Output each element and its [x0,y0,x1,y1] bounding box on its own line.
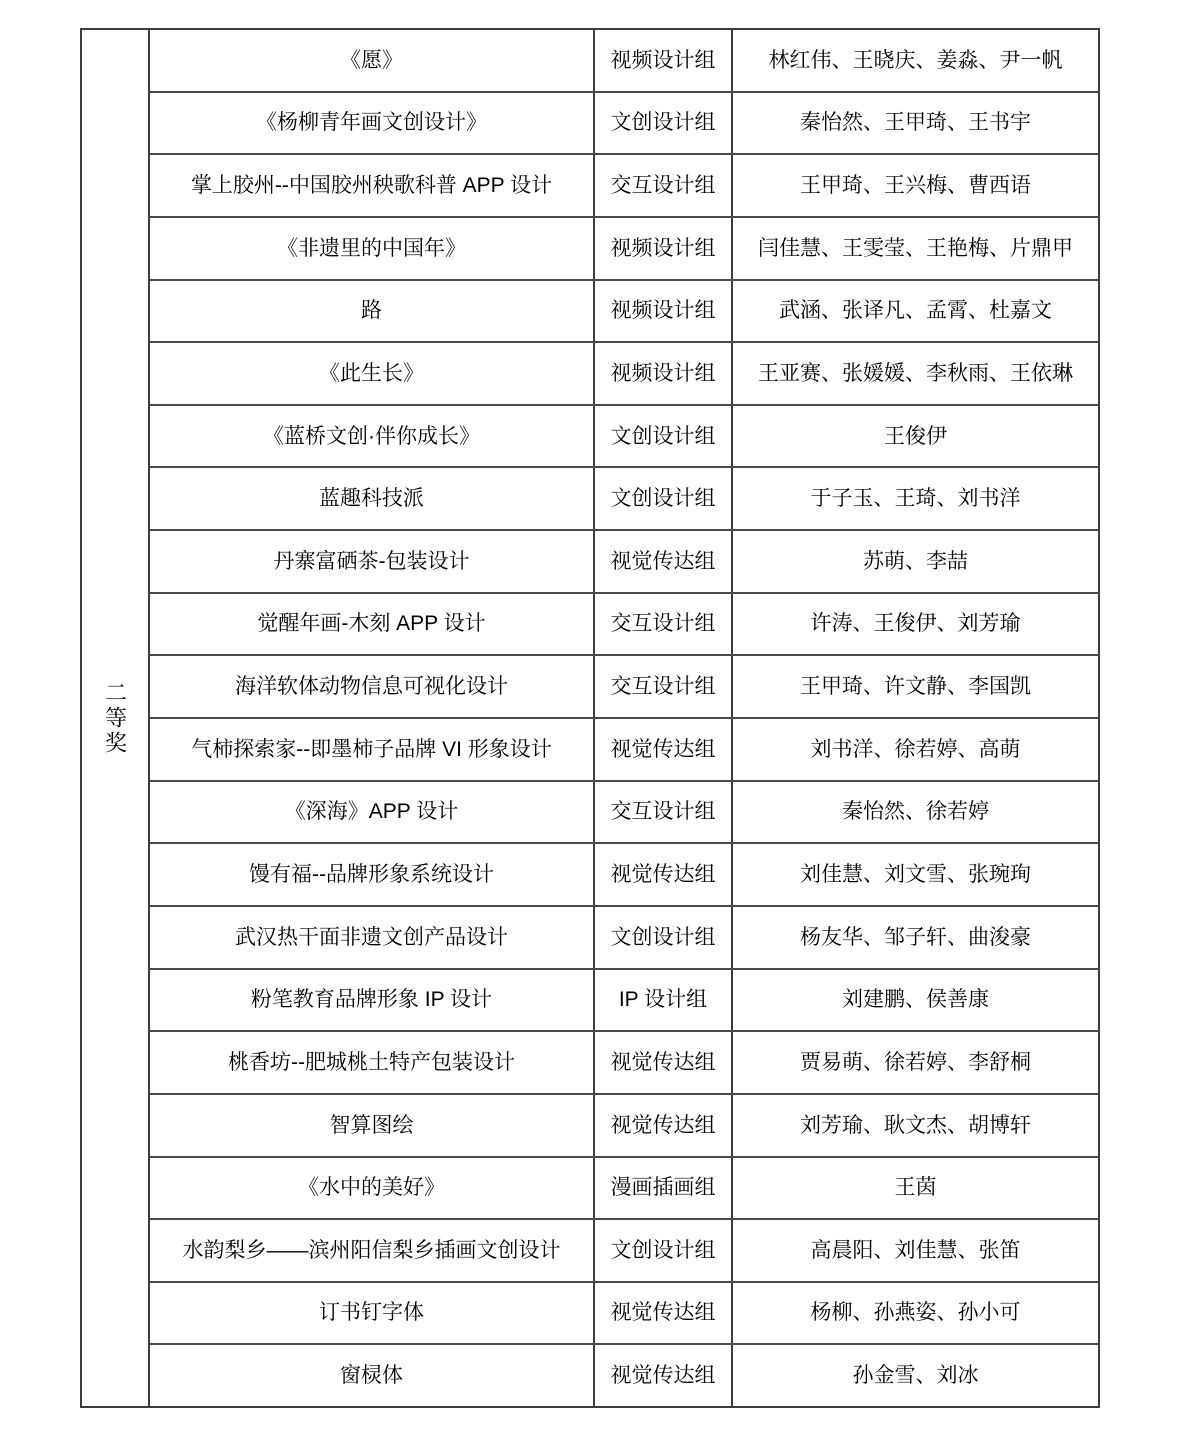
work-title-cell: 窗棂体 [150,1345,593,1406]
table-row: 《深海》APP 设计 交互设计组 秦怡然、徐若婷 [150,780,1098,843]
group-cell: 视觉传达组 [593,531,733,592]
members-cell: 秦怡然、王甲琦、王书宇 [733,93,1098,154]
members-cell: 刘芳瑜、耿文杰、胡博轩 [733,1095,1098,1156]
group-cell: 视觉传达组 [593,1032,733,1093]
work-title-cell: 《杨柳青年画文创设计》 [150,93,593,154]
members-cell: 秦怡然、徐若婷 [733,782,1098,843]
work-title-cell: 路 [150,281,593,342]
work-title-cell: 海洋软体动物信息可视化设计 [150,656,593,717]
members-cell: 贾易萌、徐若婷、李舒桐 [733,1032,1098,1093]
group-cell: 交互设计组 [593,656,733,717]
members-cell: 杨友华、邹子轩、曲浚豪 [733,907,1098,968]
group-cell: 文创设计组 [593,406,733,467]
work-title-cell: 水韵梨乡——滨州阳信梨乡插画文创设计 [150,1220,593,1281]
work-title-cell: 《愿》 [150,30,593,91]
work-title-cell: 觉醒年画-木刻 APP 设计 [150,594,593,655]
members-cell: 刘书洋、徐若婷、高萌 [733,719,1098,780]
work-title-cell: 订书钉字体 [150,1283,593,1344]
group-cell: 视觉传达组 [593,1095,733,1156]
group-cell: 交互设计组 [593,594,733,655]
work-title-cell: 武汉热干面非遗文创产品设计 [150,907,593,968]
members-cell: 闫佳慧、王雯莹、王艳梅、片鼎甲 [733,218,1098,279]
work-title-cell: 蓝趣科技派 [150,468,593,529]
table-row: 《水中的美好》 漫画插画组 王茵 [150,1156,1098,1219]
work-title-cell: 粉笔教育品牌形象 IP 设计 [150,970,593,1031]
work-title-cell: 掌上胶州--中国胶州秧歌科普 APP 设计 [150,155,593,216]
table-row: 馒有福--品牌形象系统设计 视觉传达组 刘佳慧、刘文雪、张琬珣 [150,842,1098,905]
group-cell: 视觉传达组 [593,1345,733,1406]
group-cell: 视觉传达组 [593,1283,733,1344]
members-cell: 王茵 [733,1158,1098,1219]
work-title-cell: 智算图绘 [150,1095,593,1156]
members-cell: 杨柳、孙燕姿、孙小可 [733,1283,1098,1344]
group-cell: 漫画插画组 [593,1158,733,1219]
group-cell: 视频设计组 [593,30,733,91]
members-cell: 王甲琦、王兴梅、曹西语 [733,155,1098,216]
members-cell: 林红伟、王晓庆、姜淼、尹一帆 [733,30,1098,91]
group-cell: 视觉传达组 [593,844,733,905]
group-cell: 视频设计组 [593,281,733,342]
work-title-cell: 《深海》APP 设计 [150,782,593,843]
table-row: 蓝趣科技派 文创设计组 于子玉、王琦、刘书洋 [150,466,1098,529]
table-row: 订书钉字体 视觉传达组 杨柳、孙燕姿、孙小可 [150,1281,1098,1344]
group-cell: 文创设计组 [593,93,733,154]
award-tier-cell: 二等奖 [82,30,150,1406]
table-row: 《蓝桥文创·伴你成长》 文创设计组 王俊伊 [150,404,1098,467]
table-row: 粉笔教育品牌形象 IP 设计 IP 设计组 刘建鹏、侯善康 [150,968,1098,1031]
table-row: 觉醒年画-木刻 APP 设计 交互设计组 许涛、王俊伊、刘芳瑜 [150,592,1098,655]
table-row: 智算图绘 视觉传达组 刘芳瑜、耿文杰、胡博轩 [150,1093,1098,1156]
group-cell: 视频设计组 [593,343,733,404]
award-tier-label: 二等奖 [100,681,131,756]
table-row: 桃香坊--肥城桃土特产包装设计 视觉传达组 贾易萌、徐若婷、李舒桐 [150,1030,1098,1093]
work-title-cell: 《此生长》 [150,343,593,404]
table-row: 《非遗里的中国年》 视频设计组 闫佳慧、王雯莹、王艳梅、片鼎甲 [150,216,1098,279]
awards-table-body: 《愿》 视频设计组 林红伟、王晓庆、姜淼、尹一帆 《杨柳青年画文创设计》 文创设… [150,30,1098,1406]
work-title-cell: 丹寨富硒茶-包装设计 [150,531,593,592]
members-cell: 武涵、张译凡、孟霄、杜嘉文 [733,281,1098,342]
members-cell: 苏萌、李喆 [733,531,1098,592]
work-title-cell: 桃香坊--肥城桃土特产包装设计 [150,1032,593,1093]
table-row: 气柿探索家--即墨柿子品牌 VI 形象设计 视觉传达组 刘书洋、徐若婷、高萌 [150,717,1098,780]
group-cell: 文创设计组 [593,468,733,529]
members-cell: 刘佳慧、刘文雪、张琬珣 [733,844,1098,905]
group-cell: 交互设计组 [593,782,733,843]
members-cell: 孙金雪、刘冰 [733,1345,1098,1406]
table-row: 武汉热干面非遗文创产品设计 文创设计组 杨友华、邹子轩、曲浚豪 [150,905,1098,968]
work-title-cell: 馒有福--品牌形象系统设计 [150,844,593,905]
table-row: 路 视频设计组 武涵、张译凡、孟霄、杜嘉文 [150,279,1098,342]
members-cell: 刘建鹏、侯善康 [733,970,1098,1031]
members-cell: 王俊伊 [733,406,1098,467]
group-cell: IP 设计组 [593,970,733,1031]
group-cell: 交互设计组 [593,155,733,216]
group-cell: 文创设计组 [593,907,733,968]
members-cell: 许涛、王俊伊、刘芳瑜 [733,594,1098,655]
work-title-cell: 《蓝桥文创·伴你成长》 [150,406,593,467]
table-row: 《杨柳青年画文创设计》 文创设计组 秦怡然、王甲琦、王书宇 [150,91,1098,154]
table-row: 丹寨富硒茶-包装设计 视觉传达组 苏萌、李喆 [150,529,1098,592]
members-cell: 王甲琦、许文静、李国凯 [733,656,1098,717]
awards-table: 二等奖 《愿》 视频设计组 林红伟、王晓庆、姜淼、尹一帆 《杨柳青年画文创设计》… [80,28,1100,1408]
work-title-cell: 《水中的美好》 [150,1158,593,1219]
group-cell: 视频设计组 [593,218,733,279]
members-cell: 于子玉、王琦、刘书洋 [733,468,1098,529]
table-row: 《此生长》 视频设计组 王亚赛、张媛媛、李秋雨、王依琳 [150,341,1098,404]
table-row: 掌上胶州--中国胶州秧歌科普 APP 设计 交互设计组 王甲琦、王兴梅、曹西语 [150,153,1098,216]
members-cell: 王亚赛、张媛媛、李秋雨、王依琳 [733,343,1098,404]
group-cell: 视觉传达组 [593,719,733,780]
table-row: 《愿》 视频设计组 林红伟、王晓庆、姜淼、尹一帆 [150,30,1098,91]
table-row: 水韵梨乡——滨州阳信梨乡插画文创设计 文创设计组 高晨阳、刘佳慧、张笛 [150,1218,1098,1281]
group-cell: 文创设计组 [593,1220,733,1281]
table-row: 海洋软体动物信息可视化设计 交互设计组 王甲琦、许文静、李国凯 [150,654,1098,717]
members-cell: 高晨阳、刘佳慧、张笛 [733,1220,1098,1281]
work-title-cell: 气柿探索家--即墨柿子品牌 VI 形象设计 [150,719,593,780]
table-row: 窗棂体 视觉传达组 孙金雪、刘冰 [150,1343,1098,1406]
work-title-cell: 《非遗里的中国年》 [150,218,593,279]
